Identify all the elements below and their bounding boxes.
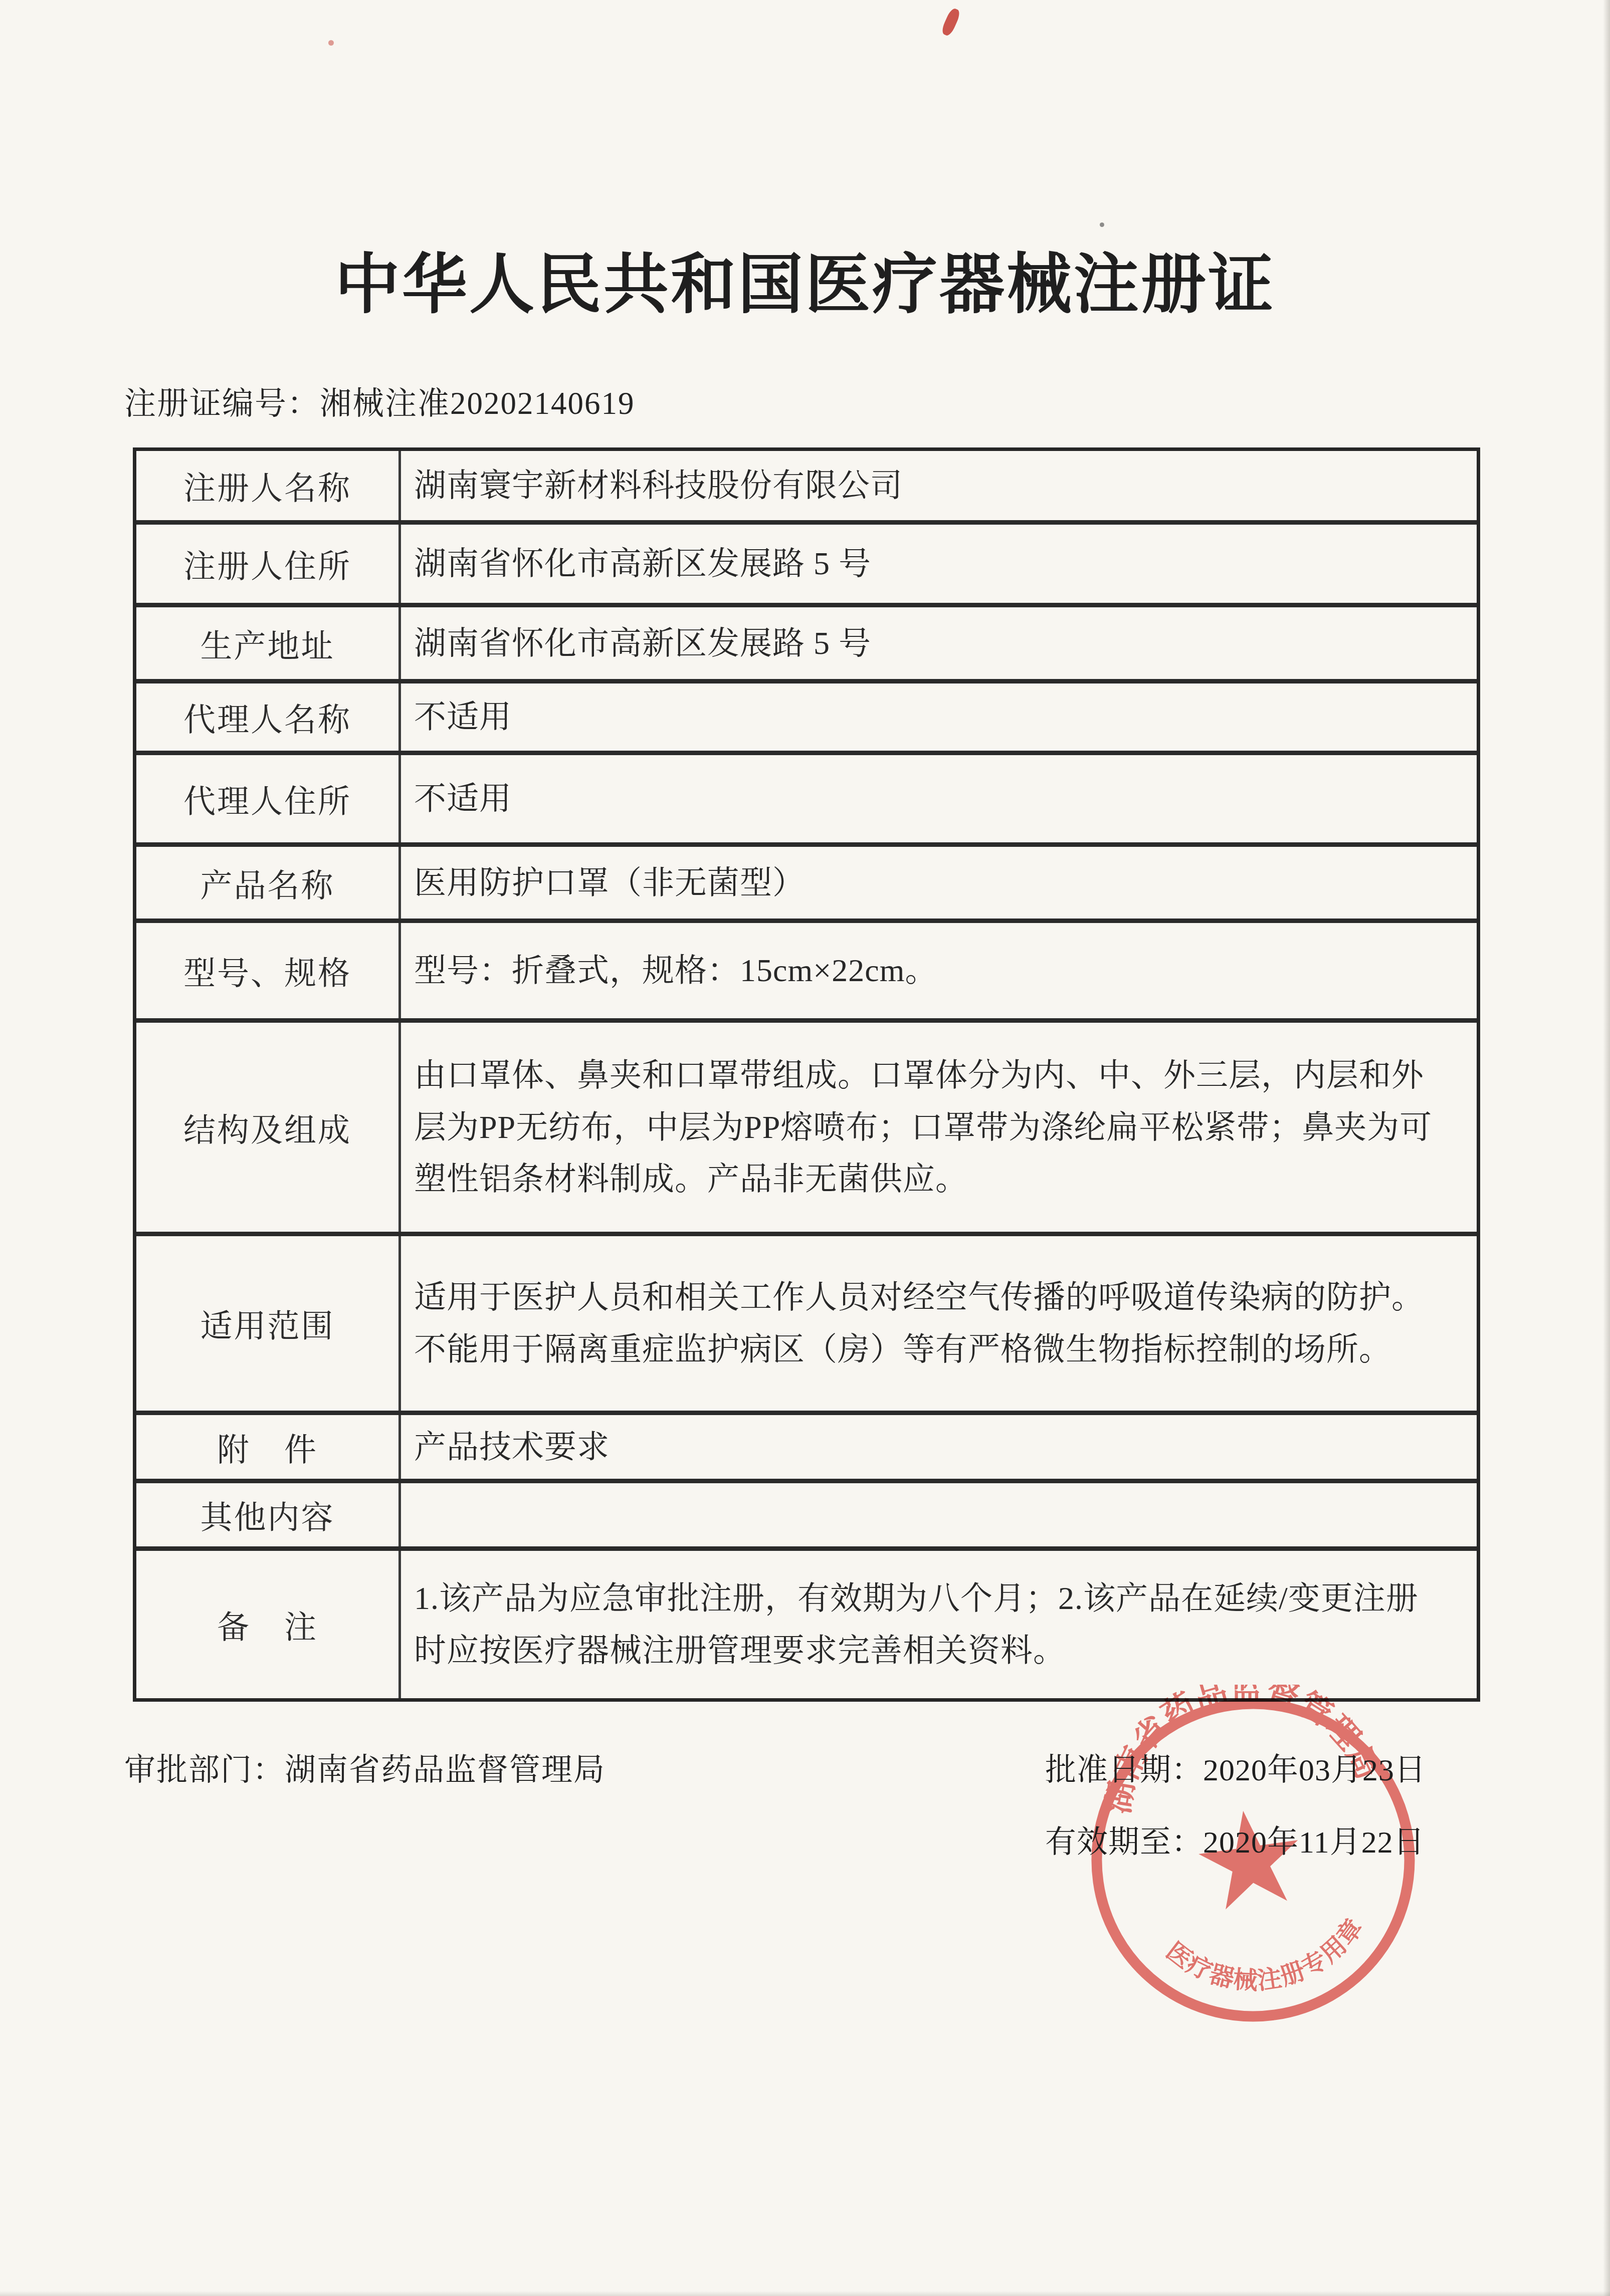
- row-value: 湖南省怀化市高新区发展路 5 号: [401, 607, 1477, 679]
- table-row: 附 件 产品技术要求: [136, 1415, 1477, 1483]
- table-row: 代理人名称 不适用: [136, 683, 1477, 755]
- row-value: 由口罩体、鼻夹和口罩带组成。口罩体分为内、中、外三层，内层和外层为PP无纺布，中…: [401, 1023, 1477, 1232]
- row-label: 产品名称: [136, 847, 401, 919]
- row-value: 不适用: [401, 755, 1477, 842]
- row-label: 型号、规格: [136, 923, 401, 1018]
- row-value: 产品技术要求: [401, 1415, 1477, 1479]
- table-row: 注册人住所 湖南省怀化市高新区发展路 5 号: [136, 525, 1477, 607]
- approval-department-label: 审批部门：: [124, 1753, 285, 1787]
- approval-date-label: 批准日期：: [1045, 1753, 1203, 1787]
- table-row: 注册人名称 湖南寰宇新材料科技股份有限公司: [136, 451, 1477, 525]
- valid-until-value: 2020年11月22日: [1203, 1825, 1425, 1860]
- row-value: 不适用: [401, 683, 1477, 751]
- row-value: 1.该产品为应急审批注册，有效期为八个月；2.该产品在延续/变更注册时应按医疗器…: [401, 1551, 1477, 1698]
- row-value: 湖南寰宇新材料科技股份有限公司: [401, 451, 1477, 520]
- approval-date-line: 批准日期：2020年03月23日: [1045, 1745, 1426, 1789]
- row-value: 型号：折叠式，规格：15cm×22cm。: [401, 923, 1477, 1018]
- table-row: 结构及组成 由口罩体、鼻夹和口罩带组成。口罩体分为内、中、外三层，内层和外层为P…: [136, 1023, 1477, 1236]
- scan-edge-shadow: [1603, 0, 1610, 2296]
- table-row: 生产地址 湖南省怀化市高新区发展路 5 号: [136, 607, 1477, 683]
- row-label: 注册人住所: [136, 525, 401, 603]
- table-row: 代理人住所 不适用: [136, 755, 1477, 847]
- table-row: 型号、规格 型号：折叠式，规格：15cm×22cm。: [136, 923, 1477, 1023]
- approval-department-line: 审批部门：湖南省药品监督管理局: [124, 1745, 606, 1789]
- document-title: 中华人民共和国医疗器械注册证: [0, 250, 1610, 321]
- row-label: 代理人住所: [136, 755, 401, 842]
- certificate-number-label: 注册证编号：: [124, 386, 320, 421]
- row-label: 其他内容: [136, 1483, 401, 1546]
- approval-date-value: 2020年03月23日: [1203, 1753, 1426, 1787]
- row-label: 适用范围: [136, 1236, 401, 1411]
- valid-until-line: 有效期至：2020年11月22日: [1045, 1817, 1425, 1862]
- approval-department-value: 湖南省药品监督管理局: [285, 1753, 606, 1787]
- valid-until-label: 有效期至：: [1045, 1825, 1203, 1860]
- scan-edge-shadow: [0, 2291, 1610, 2296]
- registration-table: 注册人名称 湖南寰宇新材料科技股份有限公司 注册人住所 湖南省怀化市高新区发展路…: [133, 447, 1480, 1702]
- scan-artifact: [328, 40, 334, 46]
- row-label: 备 注: [136, 1551, 401, 1698]
- scan-artifact: [940, 7, 962, 37]
- table-row: 产品名称 医用防护口罩（非无菌型）: [136, 847, 1477, 923]
- row-value: [401, 1483, 1477, 1546]
- table-row: 适用范围 适用于医护人员和相关工作人员对经空气传播的呼吸道传染病的防护。不能用于…: [136, 1236, 1477, 1415]
- table-row: 备 注 1.该产品为应急审批注册，有效期为八个月；2.该产品在延续/变更注册时应…: [136, 1551, 1477, 1698]
- scan-artifact: [1100, 222, 1104, 227]
- table-row: 其他内容: [136, 1483, 1477, 1551]
- row-value: 医用防护口罩（非无菌型）: [401, 847, 1477, 919]
- row-label: 附 件: [136, 1415, 401, 1479]
- row-value: 适用于医护人员和相关工作人员对经空气传播的呼吸道传染病的防护。不能用于隔离重症监…: [401, 1236, 1477, 1411]
- row-label: 代理人名称: [136, 683, 401, 751]
- row-value: 湖南省怀化市高新区发展路 5 号: [401, 525, 1477, 603]
- row-label: 注册人名称: [136, 451, 401, 520]
- row-label: 结构及组成: [136, 1023, 401, 1232]
- row-label: 生产地址: [136, 607, 401, 679]
- certificate-number-value: 湘械注准20202140619: [320, 386, 635, 421]
- certificate-document: 中华人民共和国医疗器械注册证 注册证编号：湘械注准20202140619 注册人…: [0, 0, 1610, 2296]
- certificate-number-line: 注册证编号：湘械注准20202140619: [124, 378, 635, 423]
